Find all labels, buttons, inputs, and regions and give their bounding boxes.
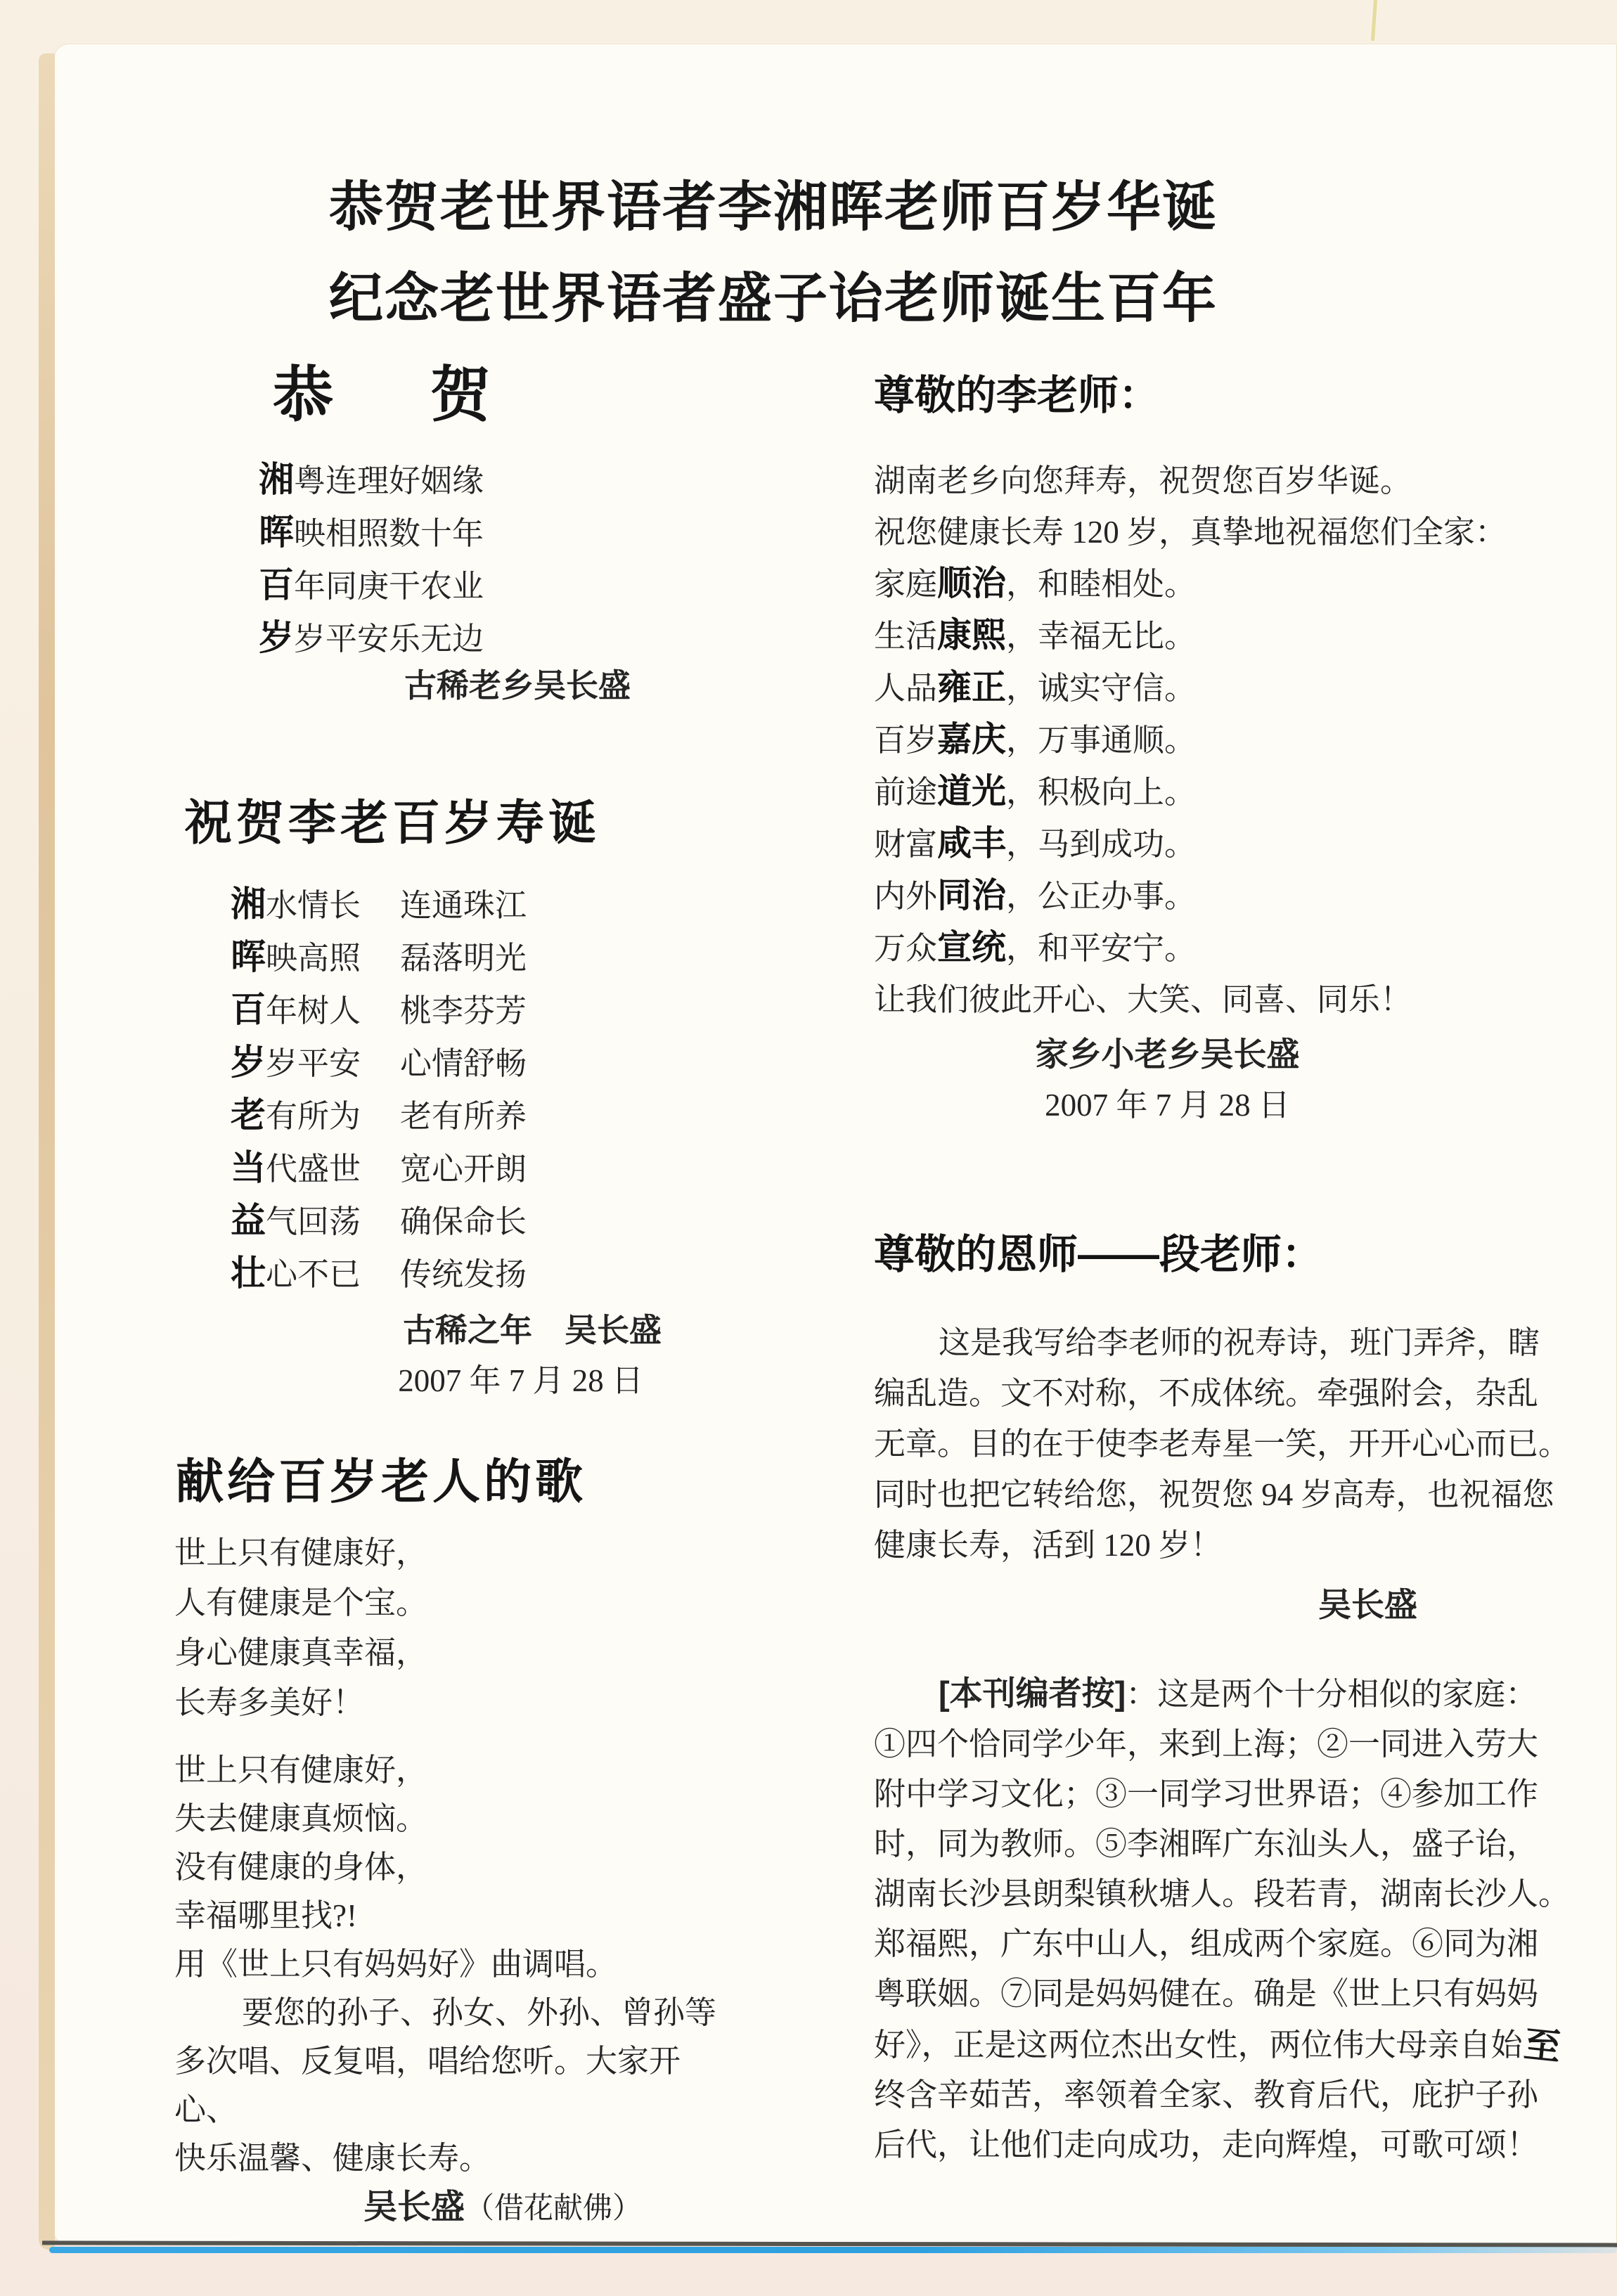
wish-post: ，积极向上。 xyxy=(1006,775,1196,810)
song-line: 多次唱、反复唱，唱给您听。大家开心、 xyxy=(174,2037,721,2134)
wish-post: ，马到成功。 xyxy=(1006,827,1196,862)
wish-era: 雍正 xyxy=(937,669,1006,707)
couplet-line: 壮心不已传统发扬 xyxy=(231,1248,721,1301)
wish-post: ，幸福无比。 xyxy=(1006,619,1196,654)
couplet-lead-char: 岁 xyxy=(231,1043,266,1082)
poem-line: 晖映相照数十年 xyxy=(259,507,721,560)
li-letter-body: 湖南老乡向您拜寿，祝贺您百岁华诞。 祝您健康长寿 120 岁，真挚地祝福您们全家… xyxy=(874,456,1580,1026)
song-line: 人有健康是个宝。 xyxy=(174,1578,721,1628)
couplet-right-text: 传统发扬 xyxy=(400,1257,527,1292)
duan-letter-section: 尊敬的恩师——段老师： 这是我写给李老师的祝寿诗，班门弄斧，瞎 编乱造。文不对称… xyxy=(874,1226,1580,1630)
wish-era: 宣统 xyxy=(937,929,1006,967)
page-title: 恭贺老世界语者李湘晖老师百岁华诞 纪念老世界语者盛子诒老师诞生百年 xyxy=(281,162,1265,344)
letter-line: 湖南老乡向您拜寿，祝贺您百岁华诞。 xyxy=(874,456,1580,507)
left-column: 恭 贺 湘粤连理好姻缘 晖映相照数十年 百年同庚干农业 岁岁平安乐无边 古稀老乡… xyxy=(169,350,721,2233)
couplet-line: 老有所为老有所养 xyxy=(231,1090,721,1142)
wish-post: ，万事通顺。 xyxy=(1006,723,1196,758)
song-line: 长寿多美好！ xyxy=(174,1678,721,1728)
li-letter-date: 2007 年 7 月 28 日 xyxy=(874,1080,1580,1130)
wish-post: ，和平安宁。 xyxy=(1006,931,1196,966)
song-signature: 吴长盛（借花献佛） xyxy=(169,2183,721,2233)
poem-line: 湘粤连理好姻缘 xyxy=(259,454,721,507)
wish-line: 人品雍正，诚实守信。 xyxy=(874,662,1580,714)
wish-post: ，诚实守信。 xyxy=(1006,671,1196,706)
duan-letter-line: 编乱造。文不对称，不成体统。牵强附会，杂乱 xyxy=(874,1368,1580,1419)
wish-pre: 万众 xyxy=(874,931,937,966)
wish-pre: 前途 xyxy=(874,775,937,810)
duan-letter-line: 同时也把它转给您，祝贺您 94 岁高寿，也祝福您 xyxy=(874,1469,1580,1520)
couplet-left-text: 映高照 xyxy=(266,941,361,976)
couplet-right-text: 宽心开朗 xyxy=(400,1152,527,1187)
duan-letter-line: 无章。目的在于使李老寿星一笑，开开心心而已。 xyxy=(874,1419,1580,1469)
couplet-left-text: 年树人 xyxy=(266,993,361,1028)
wish-pre: 人品 xyxy=(874,671,937,706)
editor-note-section: [本刊编者按]：这是两个十分相似的家庭： ①四个恰同学少年，来到上海；②一同进入… xyxy=(874,1668,1580,2170)
song-signature-note: （借花献佛） xyxy=(465,2193,642,2225)
editor-note-line-text: 好》，正是这两位杰出女性，两位伟大母亲自始 xyxy=(874,2027,1523,2063)
couplet-line: 湘水情长连通珠江 xyxy=(231,879,721,931)
page-title-line2: 纪念老世界语者盛子诒老师诞生百年 xyxy=(281,253,1265,344)
couplet-left-text: 有所为 xyxy=(266,1099,361,1134)
poem-line-text: 粤连理好姻缘 xyxy=(294,463,484,498)
wish-line: 生活康熙，幸福无比。 xyxy=(874,610,1580,662)
song-line: 要您的孙子、孙女、外孙、曾孙等 xyxy=(174,1989,721,2037)
editor-note-line: 附中学习文化；③一同学习世界语；④参加工作 xyxy=(874,1769,1580,1819)
poem-line-text: 岁平安乐无边 xyxy=(294,621,484,657)
editor-note-line: 粤联姻。⑦同是妈妈健在。确是《世上只有妈妈 xyxy=(874,1969,1580,2019)
wish-era: 道光 xyxy=(937,773,1006,811)
couplet-right-text: 磊落明光 xyxy=(400,941,527,976)
birthday-section: 祝贺李老百岁寿诞 湘水情长连通珠江 晖映高照磊落明光 百年树人桃李芬芳 岁岁平安… xyxy=(169,793,721,1406)
li-letter-section: 尊敬的李老师： 湖南老乡向您拜寿，祝贺您百岁华诞。 祝您健康长寿 120 岁，真… xyxy=(874,367,1580,1130)
couplet-line: 百年树人桃李芬芳 xyxy=(231,984,721,1037)
congrats-heading: 恭 贺 xyxy=(273,361,721,429)
wish-line: 内外同治，公正办事。 xyxy=(874,870,1580,922)
wish-era: 咸丰 xyxy=(937,825,1006,863)
couplet-lead-char: 湘 xyxy=(231,884,266,924)
wish-era: 康熙 xyxy=(937,617,1006,654)
duan-letter-signature: 吴长盛 xyxy=(874,1579,1580,1630)
song-section: 献给百岁老人的歌 世上只有健康好， 人有健康是个宝。 身心健康真幸福， 长寿多美… xyxy=(169,1451,721,2233)
couplet-line: 岁岁平安心情舒畅 xyxy=(231,1037,721,1090)
poem-lead-char: 晖 xyxy=(259,512,294,552)
poem-line: 岁岁平安乐无边 xyxy=(259,612,721,665)
couplet-right-text: 连通珠江 xyxy=(400,888,527,923)
duan-letter-line: 这是我写给李老师的祝寿诗，班门弄斧，瞎 xyxy=(874,1317,1580,1368)
wish-line: 财富咸丰，马到成功。 xyxy=(874,818,1580,870)
wish-pre: 内外 xyxy=(874,879,937,914)
birthday-heading: 祝贺李老百岁寿诞 xyxy=(184,793,721,853)
poem-line: 百年同庚干农业 xyxy=(259,560,721,612)
poem-lead-char: 岁 xyxy=(259,618,294,657)
song-stanza-2: 世上只有健康好， 失去健康真烦恼。 没有健康的身体， 幸福哪里找?! 用《世上只… xyxy=(174,1746,721,2183)
editor-note-line: 时，同为教师。⑤李湘晖广东汕头人，盛子诒， xyxy=(874,1819,1580,1869)
couplet-right-text: 老有所养 xyxy=(400,1099,527,1134)
wish-line: 百岁嘉庆，万事通顺。 xyxy=(874,714,1580,766)
wish-era: 嘉庆 xyxy=(937,721,1006,759)
editor-note-line: 终含辛茹苦，率领着全家、教育后代，庇护子孙 xyxy=(874,2070,1580,2120)
couplet-line: 益气回荡确保命长 xyxy=(231,1195,721,1248)
couplet-line: 晖映高照磊落明光 xyxy=(231,931,721,984)
right-column: 尊敬的李老师： 湖南老乡向您拜寿，祝贺您百岁华诞。 祝您健康长寿 120 岁，真… xyxy=(874,350,1580,2170)
scratch-mark xyxy=(1371,0,1377,41)
couplet-left-text: 心不已 xyxy=(266,1257,361,1292)
song-line: 没有健康的身体， xyxy=(174,1843,721,1892)
letter-line: 祝您健康长寿 120 岁，真挚地祝福您们全家： xyxy=(874,507,1580,558)
song-line: 快乐温馨、健康长寿。 xyxy=(174,2134,721,2183)
wish-pre: 财富 xyxy=(874,827,937,862)
wish-era: 顺治 xyxy=(937,565,1006,602)
couplet-lead-char: 当 xyxy=(231,1148,266,1187)
duan-letter-line: 健康长寿，活到 120 岁！ xyxy=(874,1520,1580,1571)
birthday-date: 2007 年 7 月 28 日 xyxy=(169,1355,721,1406)
poem-line-text: 年同庚干农业 xyxy=(294,569,484,604)
song-heading: 献给百岁老人的歌 xyxy=(176,1451,721,1513)
congrats-section: 恭 贺 湘粤连理好姻缘 晖映相照数十年 百年同庚干农业 岁岁平安乐无边 古稀老乡… xyxy=(169,361,721,710)
li-letter-closing: 让我们彼此开心、大笑、同喜、同乐！ xyxy=(874,974,1580,1026)
li-letter-signature: 家乡小老乡吴长盛 xyxy=(874,1028,1580,1080)
couplet-lead-char: 百 xyxy=(231,990,266,1029)
couplet-lead-char: 老 xyxy=(231,1095,266,1135)
editor-note-label: [本刊编者按] xyxy=(939,1675,1126,1712)
birthday-signature: 古稀之年 吴长盛 xyxy=(169,1305,721,1355)
editor-note-line: ①四个恰同学少年，来到上海；②一同进入劳大 xyxy=(874,1720,1580,1769)
congrats-signature: 古稀老乡吴长盛 xyxy=(169,661,721,710)
wish-line: 前途道光，积极向上。 xyxy=(874,766,1580,818)
song-line: 失去健康真烦恼。 xyxy=(174,1795,721,1843)
spine-edge xyxy=(39,53,55,2250)
editor-note-intro: ：这是两个十分相似的家庭： xyxy=(1126,1677,1537,1712)
song-stanza-1: 世上只有健康好， 人有健康是个宝。 身心健康真幸福， 长寿多美好！ xyxy=(174,1528,721,1728)
editor-note-line: 郑福熙，广东中山人，组成两个家庭。⑥同为湘 xyxy=(874,1919,1580,1969)
editor-note-line: 后代，让他们走向成功，走向辉煌，可歌可颂！ xyxy=(874,2120,1580,2170)
song-line: 幸福哪里找?! xyxy=(174,1892,721,1940)
song-signature-name: 吴长盛 xyxy=(363,2188,465,2226)
birthday-couplets: 湘水情长连通珠江 晖映高照磊落明光 百年树人桃李芬芳 岁岁平安心情舒畅 老有所为… xyxy=(169,879,721,1301)
couplet-lead-char: 益 xyxy=(231,1201,266,1240)
editor-note-line: 好》，正是这两位杰出女性，两位伟大母亲自始至 xyxy=(874,2019,1580,2070)
couplet-right-text: 心情舒畅 xyxy=(400,1046,527,1081)
li-letter-heading: 尊敬的李老师： xyxy=(874,367,1580,425)
duan-letter-heading: 尊敬的恩师——段老师： xyxy=(874,1226,1580,1284)
couplet-lead-char: 壮 xyxy=(231,1253,266,1293)
wish-post: ，和睦相处。 xyxy=(1006,567,1196,602)
couplet-lead-char: 晖 xyxy=(231,937,266,976)
poem-line-text: 映相照数十年 xyxy=(294,516,484,551)
couplet-line: 当代盛世宽心开朗 xyxy=(231,1142,721,1195)
song-line: 用《世上只有妈妈好》曲调唱。 xyxy=(174,1940,721,1989)
couplet-left-text: 岁平安 xyxy=(266,1046,361,1081)
editor-note-first-line: [本刊编者按]：这是两个十分相似的家庭： xyxy=(874,1668,1580,1720)
poem-lead-char: 百 xyxy=(259,565,294,605)
couplet-left-text: 水情长 xyxy=(266,888,361,923)
wish-era: 同治 xyxy=(937,877,1006,915)
wish-line: 家庭顺治，和睦相处。 xyxy=(874,558,1580,610)
couplet-right-text: 桃李芬芳 xyxy=(400,993,527,1028)
congrats-poem: 湘粤连理好姻缘 晖映相照数十年 百年同庚干农业 岁岁平安乐无边 xyxy=(169,454,721,665)
song-line: 身心健康真幸福， xyxy=(174,1628,721,1678)
wish-line: 万众宣统，和平安宁。 xyxy=(874,922,1580,974)
couplet-left-text: 代盛世 xyxy=(266,1152,361,1187)
couplet-left-text: 气回荡 xyxy=(266,1204,361,1239)
handwritten-zhi-char: 至 xyxy=(1521,2020,1563,2073)
page-title-line1: 恭贺老世界语者李湘晖老师百岁华诞 xyxy=(281,162,1265,253)
song-line: 世上只有健康好， xyxy=(174,1528,721,1578)
wish-pre: 生活 xyxy=(874,619,937,654)
wish-pre: 百岁 xyxy=(874,723,937,758)
editor-note-line: 湖南长沙县朗梨镇秋塘人。段若青，湖南长沙人。 xyxy=(874,1869,1580,1919)
duan-letter-body: 这是我写给李老师的祝寿诗，班门弄斧，瞎 编乱造。文不对称，不成体统。牵强附会，杂… xyxy=(874,1317,1580,1571)
blue-strip xyxy=(49,2247,1617,2253)
wish-post: ，公正办事。 xyxy=(1006,879,1196,914)
couplet-right-text: 确保命长 xyxy=(400,1204,527,1239)
song-line: 世上只有健康好， xyxy=(174,1746,721,1795)
poem-lead-char: 湘 xyxy=(259,460,294,499)
scanned-page: 恭贺老世界语者李湘晖老师百岁华诞 纪念老世界语者盛子诒老师诞生百年 恭 贺 湘粤… xyxy=(0,0,1617,2296)
wish-pre: 家庭 xyxy=(874,567,937,602)
